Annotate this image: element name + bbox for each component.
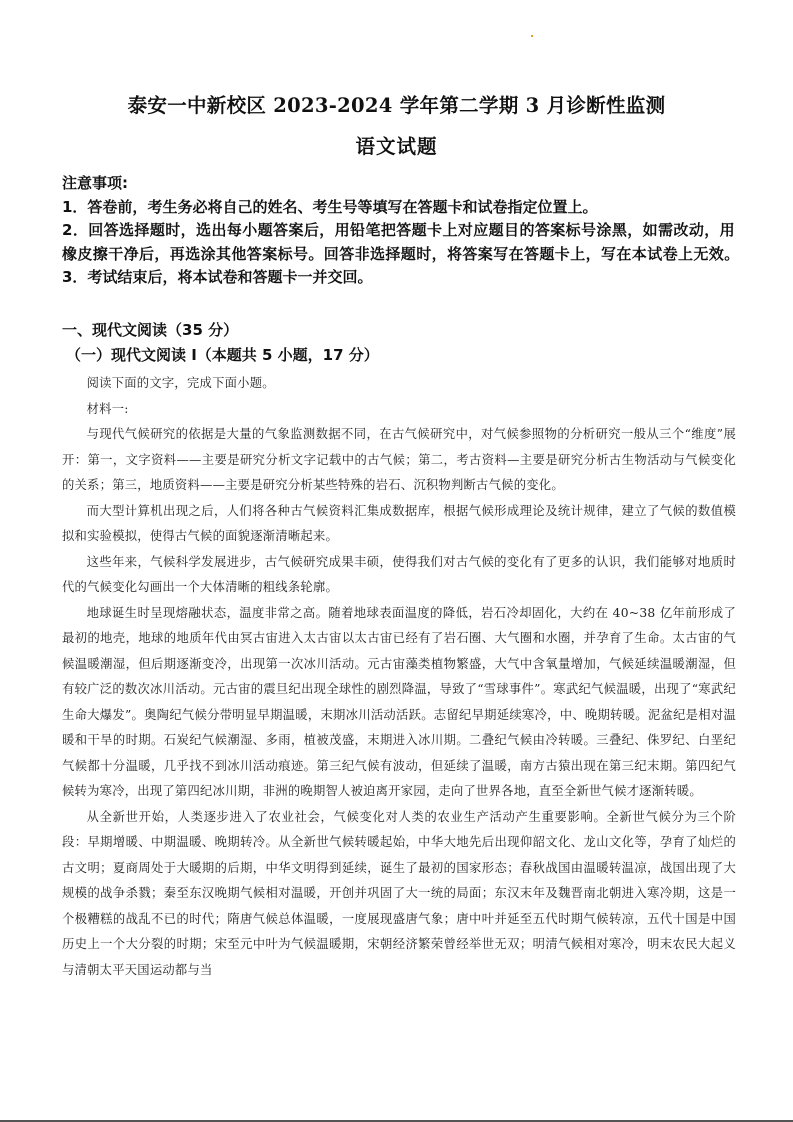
paragraph: 这些年来，气候科学发展进步，古气候研究成果丰硕，使得我们对古气候的变化有了更多的… <box>62 550 736 601</box>
paragraph: 从全新世开始，人类逐步进入了农业社会，气候变化对人类的农业生产活动产生重要影响。… <box>62 805 736 984</box>
note-item-3: 3．考试结束后，将本试卷和答题卡一并交回。 <box>62 266 742 290</box>
paragraph: 地球诞生时呈现熔融状态，温度非常之高。随着地球表面温度的降低，岩石冷却固化，大约… <box>62 601 736 805</box>
material-one-text: 与现代气候研究的依据是大量的气象监测数据不同，在古气候研究中，对气候参照物的分析… <box>62 422 736 983</box>
exam-subject: 语文试题 <box>0 131 793 159</box>
subsection-title: （一）现代文阅读 I（本题共 5 小题，17 分） <box>66 344 379 365</box>
notes-heading: 注意事项: <box>62 172 742 196</box>
paragraph: 而大型计算机出现之后，人们将各种古气候资料汇集成数据库，根据气候形成理论及统计规… <box>62 499 736 550</box>
note-item-1: 1．答卷前，考生务必将自己的姓名、考生号等填写在答题卡和试卷指定位置上。 <box>62 196 742 220</box>
material-label: 材料一: <box>62 396 736 422</box>
exam-notes: 注意事项: 1．答卷前，考生务必将自己的姓名、考生号等填写在答题卡和试卷指定位置… <box>62 172 742 290</box>
exam-page: 泰安一中新校区 2023-2024 学年第二学期 3 月诊断性监测 语文试题 注… <box>0 0 793 1122</box>
decorative-dot <box>531 35 533 37</box>
note-item-2: 2．回答选择题时，选出每小题答案后，用铅笔把答题卡上对应题目的答案标号涂黑，如需… <box>62 219 742 266</box>
paragraph: 与现代气候研究的依据是大量的气象监测数据不同，在古气候研究中，对气候参照物的分析… <box>62 422 736 499</box>
exam-title: 泰安一中新校区 2023-2024 学年第二学期 3 月诊断性监测 <box>0 90 793 118</box>
reading-intro: 阅读下面的文字，完成下面小题。 材料一: <box>62 370 736 422</box>
reading-instruction: 阅读下面的文字，完成下面小题。 <box>62 370 736 396</box>
section-title: 一、现代文阅读（35 分） <box>62 319 238 340</box>
